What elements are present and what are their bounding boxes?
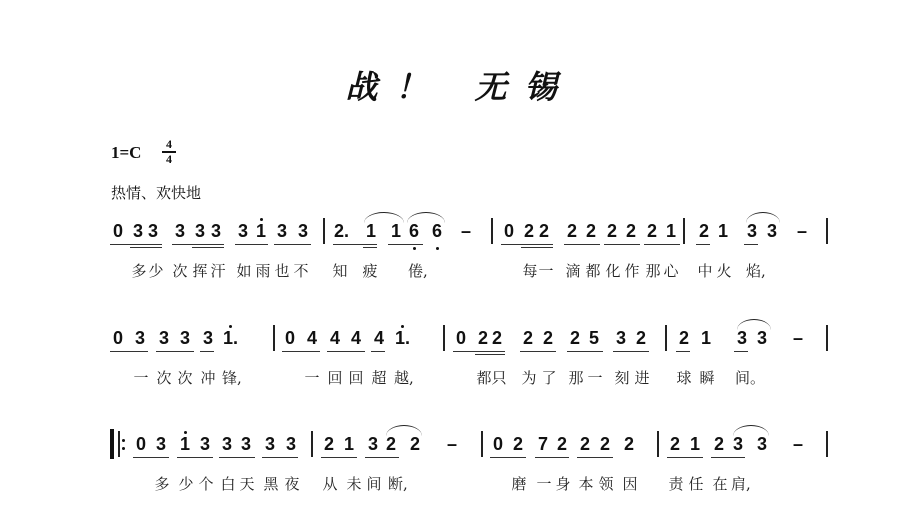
- lyric-char: 磨: [511, 473, 527, 494]
- note: 3: [263, 433, 277, 455]
- note: 2: [584, 220, 598, 242]
- lyric-char: 进: [634, 367, 650, 388]
- lyric-char: 了: [541, 367, 557, 388]
- note: 2: [322, 433, 336, 455]
- note: 1.: [223, 327, 237, 349]
- lyric-char: 未: [346, 473, 362, 494]
- note: 2: [697, 220, 711, 242]
- note: 1: [389, 220, 403, 242]
- note: 6: [430, 220, 444, 242]
- note: 1: [664, 220, 678, 242]
- note: 2: [541, 327, 555, 349]
- rhythm-underline: [110, 351, 148, 352]
- lyric-char: 回: [348, 367, 364, 388]
- note: 3: [157, 327, 171, 349]
- note: 1: [688, 433, 702, 455]
- note: 2: [645, 220, 659, 242]
- lyric-char: 断,: [388, 473, 404, 494]
- lyric-char: 雨: [255, 260, 271, 281]
- note: 0: [283, 327, 297, 349]
- note: 3: [193, 220, 207, 242]
- lyric-char: 间。: [735, 367, 751, 388]
- sustain-dash: –: [795, 220, 809, 242]
- note: 2: [622, 433, 636, 455]
- note: 3: [154, 433, 168, 455]
- lyric-char: 因: [622, 473, 638, 494]
- note: 3: [296, 220, 310, 242]
- note: 3: [236, 220, 250, 242]
- rhythm-underline: [475, 354, 505, 355]
- lyric-char: 如: [236, 260, 252, 281]
- lyric-char: 化: [605, 260, 621, 281]
- barline: [273, 325, 275, 351]
- barline: [826, 218, 828, 244]
- note: 3: [131, 220, 145, 242]
- lyric-char: 少: [178, 473, 194, 494]
- lyric-char: 中: [697, 260, 713, 281]
- note: 2: [490, 327, 504, 349]
- slur-tie: [407, 212, 445, 223]
- lyric-char: 次: [177, 367, 193, 388]
- rhythm-underline: [333, 244, 377, 245]
- repeat-start-thin-bar: [118, 431, 120, 457]
- note: 2: [634, 327, 648, 349]
- barline: [826, 325, 828, 351]
- note: 0: [111, 220, 125, 242]
- lyric-char: 次: [172, 260, 188, 281]
- rhythm-underline: [371, 351, 385, 352]
- lyric-char: 一: [133, 367, 149, 388]
- note: 2: [555, 433, 569, 455]
- lyric-char: 心: [663, 260, 679, 281]
- lyric-char: 那: [645, 260, 661, 281]
- note: 2: [668, 433, 682, 455]
- note: 3: [209, 220, 223, 242]
- lyric-char: 倦,: [408, 260, 424, 281]
- note: 4: [349, 327, 363, 349]
- rhythm-underline: [274, 244, 311, 245]
- rhythm-underline: [453, 351, 505, 352]
- note: 2: [476, 327, 490, 349]
- note: 2: [624, 220, 638, 242]
- note: 2: [511, 433, 525, 455]
- note: 2: [568, 327, 582, 349]
- lyric-char: 夜: [284, 473, 300, 494]
- lyric-char: 在: [712, 473, 728, 494]
- note: 2: [522, 220, 536, 242]
- slur-tie: [386, 425, 422, 436]
- note: 3: [201, 327, 215, 349]
- rhythm-underline: [388, 244, 423, 245]
- rhythm-underline: [156, 351, 194, 352]
- note: 2: [578, 433, 592, 455]
- sustain-dash: –: [459, 220, 473, 242]
- sustain-dash: –: [791, 327, 805, 349]
- note: 4: [305, 327, 319, 349]
- sustain-dash: –: [791, 433, 805, 455]
- note: 6: [407, 220, 421, 242]
- note: 1: [699, 327, 713, 349]
- note: 0: [134, 433, 148, 455]
- staff-row: 033331.044441.0222225322133–一次次冲锋,一回回超越,…: [0, 327, 920, 407]
- note: 0: [111, 327, 125, 349]
- barline: [826, 431, 828, 457]
- barline: [443, 325, 445, 351]
- note: 3: [731, 433, 745, 455]
- lyric-char: 挥: [192, 260, 208, 281]
- rhythm-underline: [363, 247, 377, 248]
- note: 3: [178, 327, 192, 349]
- slur-tie: [364, 212, 404, 223]
- tempo-marking: 热情、欢快地: [111, 182, 201, 203]
- lyric-char: 焰,: [746, 260, 762, 281]
- lyric-char: 领: [598, 473, 614, 494]
- lyric-char: 次: [156, 367, 172, 388]
- lyric-char: 多: [131, 260, 147, 281]
- rhythm-underline: [192, 247, 224, 248]
- rhythm-underline: [235, 244, 268, 245]
- rhythm-underline: [564, 244, 600, 245]
- lyric-char: 本: [578, 473, 594, 494]
- barline: [491, 218, 493, 244]
- repeat-dot: [122, 439, 125, 442]
- note: 2: [677, 327, 691, 349]
- lyric-char: 冲: [200, 367, 216, 388]
- key-signature: 1=C: [111, 143, 141, 163]
- lyric-char: 一: [538, 260, 554, 281]
- lyric-char: 肩,: [731, 473, 747, 494]
- lyric-char: 一: [304, 367, 320, 388]
- note: 2: [408, 433, 422, 455]
- lyric-char: 多: [154, 473, 170, 494]
- time-signature: 4 4: [162, 139, 176, 165]
- score-title: 战！ 无锡: [0, 62, 920, 108]
- lyric-char: 一: [536, 473, 552, 494]
- note: 1: [364, 220, 378, 242]
- lyric-char: 刻: [614, 367, 630, 388]
- barline: [311, 431, 313, 457]
- repeat-dot: [122, 447, 125, 450]
- barline: [683, 218, 685, 244]
- lyric-char: 一: [587, 367, 603, 388]
- note: 3: [239, 433, 253, 455]
- lyric-char: 只: [491, 367, 507, 388]
- note: 2.: [334, 220, 348, 242]
- lyric-char: 黑: [263, 473, 279, 494]
- lyric-char: 不: [293, 260, 309, 281]
- note: 0: [491, 433, 505, 455]
- lyric-char: 滴: [565, 260, 581, 281]
- rhythm-underline: [604, 244, 640, 245]
- note: 3: [173, 220, 187, 242]
- rhythm-underline: [321, 457, 357, 458]
- rhythm-underline: [327, 351, 365, 352]
- note: 0: [502, 220, 516, 242]
- note: 2: [598, 433, 612, 455]
- rhythm-underline: [535, 457, 569, 458]
- note: 2: [565, 220, 579, 242]
- lyric-char: 天: [239, 473, 255, 494]
- low-octave-dot: [413, 247, 416, 250]
- note: 2: [712, 433, 726, 455]
- rhythm-underline: [521, 247, 553, 248]
- note: 1: [342, 433, 356, 455]
- repeat-start-thick-bar: [110, 429, 114, 459]
- note: 3: [220, 433, 234, 455]
- time-numerator: 4: [162, 139, 176, 150]
- note: 3: [735, 327, 749, 349]
- note: 1: [254, 220, 268, 242]
- barline: [665, 325, 667, 351]
- lyric-char: 知: [332, 260, 348, 281]
- note: 2: [605, 220, 619, 242]
- note: 1.: [395, 327, 409, 349]
- lyric-char: 火: [716, 260, 732, 281]
- rhythm-underline: [734, 351, 748, 352]
- note: 0: [454, 327, 468, 349]
- barline: [481, 431, 483, 457]
- rhythm-underline: [200, 351, 214, 352]
- note: 3: [284, 433, 298, 455]
- lyric-char: 间: [366, 473, 382, 494]
- note: 3: [755, 327, 769, 349]
- rhythm-underline: [110, 244, 162, 245]
- note: 3: [614, 327, 628, 349]
- lyric-char: 责: [668, 473, 684, 494]
- slur-tie: [737, 319, 771, 330]
- rhythm-underline: [676, 351, 690, 352]
- high-octave-dot: [401, 325, 404, 328]
- lyric-char: 少: [148, 260, 164, 281]
- rhythm-underline: [172, 244, 224, 245]
- note: 2: [384, 433, 398, 455]
- lyric-char: 回: [327, 367, 343, 388]
- lyric-char: 从: [322, 473, 338, 494]
- rhythm-underline: [644, 244, 680, 245]
- low-octave-dot: [436, 247, 439, 250]
- lyric-char: 也: [274, 260, 290, 281]
- lyric-char: 都: [476, 367, 492, 388]
- rhythm-underline: [219, 457, 255, 458]
- rhythm-underline: [567, 351, 603, 352]
- high-octave-dot: [184, 431, 187, 434]
- rhythm-underline: [667, 457, 703, 458]
- high-octave-dot: [260, 218, 263, 221]
- barline: [323, 218, 325, 244]
- rhythm-underline: [520, 351, 556, 352]
- note: 3: [755, 433, 769, 455]
- staff-row: 0313333321322–027222221233–多少个白天黑夜从未间断,磨…: [0, 433, 920, 513]
- lyric-char: 都: [585, 260, 601, 281]
- note: 3: [133, 327, 147, 349]
- rhythm-underline: [577, 457, 613, 458]
- rhythm-underline: [365, 457, 399, 458]
- staff-row: 03333331332.1166–0222222212133–多少次挥汗如雨也不…: [0, 220, 920, 300]
- rhythm-underline: [262, 457, 298, 458]
- note: 3: [198, 433, 212, 455]
- lyric-char: 球: [676, 367, 692, 388]
- lyric-char: 白: [220, 473, 236, 494]
- note: 3: [275, 220, 289, 242]
- rhythm-underline: [501, 244, 553, 245]
- lyric-char: 超: [371, 367, 387, 388]
- rhythm-underline: [744, 244, 758, 245]
- rhythm-underline: [282, 351, 320, 352]
- note: 1: [178, 433, 192, 455]
- note: 4: [372, 327, 386, 349]
- note: 1: [716, 220, 730, 242]
- lyric-char: 疲: [362, 260, 378, 281]
- barline: [657, 431, 659, 457]
- note: 3: [765, 220, 779, 242]
- rhythm-underline: [613, 351, 649, 352]
- rhythm-underline: [696, 244, 710, 245]
- sustain-dash: –: [445, 433, 459, 455]
- rhythm-underline: [130, 247, 162, 248]
- lyric-char: 每: [522, 260, 538, 281]
- rhythm-underline: [711, 457, 745, 458]
- note: 7: [536, 433, 550, 455]
- lyric-char: 瞬: [699, 367, 715, 388]
- high-octave-dot: [229, 325, 232, 328]
- slur-tie: [746, 212, 780, 223]
- note: 4: [328, 327, 342, 349]
- note: 5: [587, 327, 601, 349]
- lyric-char: 为: [521, 367, 537, 388]
- rhythm-underline: [133, 457, 169, 458]
- note: 3: [366, 433, 380, 455]
- lyric-char: 个: [198, 473, 214, 494]
- note: 3: [146, 220, 160, 242]
- note: 3: [745, 220, 759, 242]
- lyric-char: 身: [555, 473, 571, 494]
- lyric-char: 锋,: [222, 367, 238, 388]
- lyric-char: 作: [624, 260, 640, 281]
- note: 2: [537, 220, 551, 242]
- lyric-char: 那: [568, 367, 584, 388]
- rhythm-underline: [490, 457, 526, 458]
- rhythm-underline: [177, 457, 213, 458]
- lyric-char: 越,: [394, 367, 410, 388]
- note: 2: [521, 327, 535, 349]
- lyric-char: 汗: [210, 260, 226, 281]
- time-denominator: 4: [162, 154, 176, 165]
- slur-tie: [733, 425, 769, 436]
- lyric-char: 任: [688, 473, 704, 494]
